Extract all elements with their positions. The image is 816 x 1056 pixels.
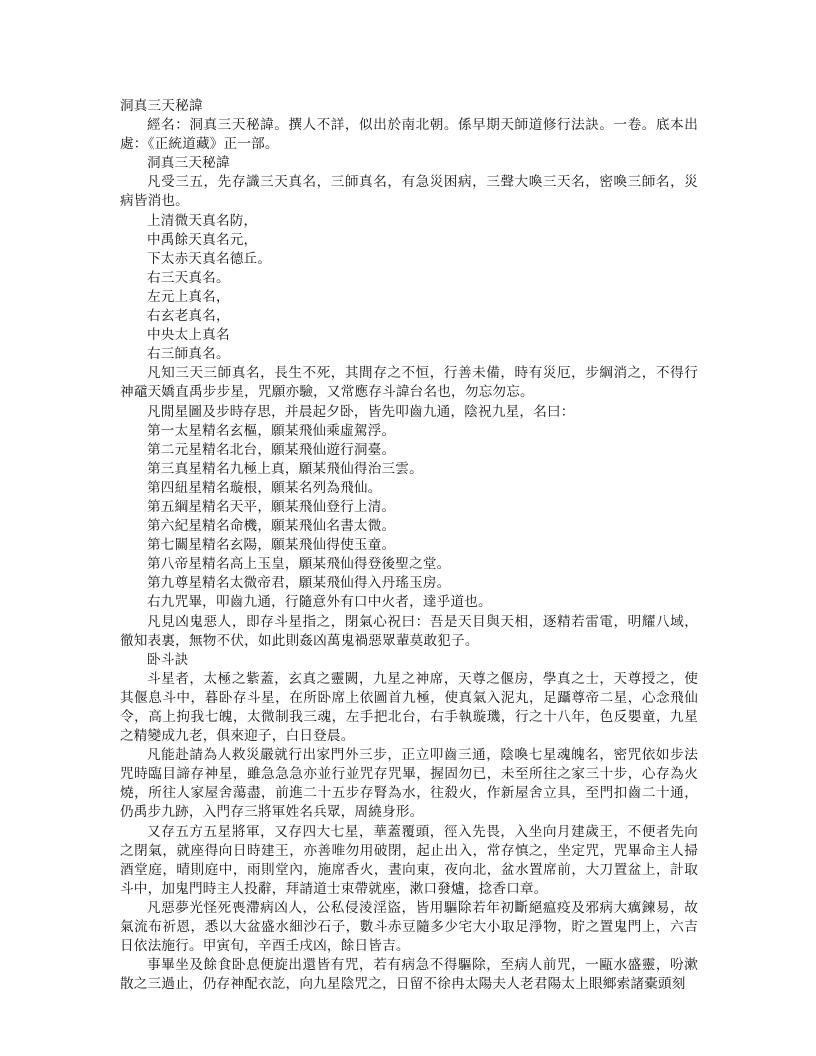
paragraph: 中央太上真名 [120, 326, 698, 345]
paragraph: 左元上真名， [120, 288, 698, 307]
paragraph: 凡見凶鬼惡人，即存斗星指之，閉氣心祝曰：吾是天目與天相，逐精若雷電，明耀八域，徹… [120, 613, 698, 651]
paragraph: 凡受三五，先存識三天真名，三師真名，有急災困病，三聲大喚三天名，密喚三師名，災病… [120, 173, 698, 211]
paragraph: 凡閒星圖及步時存思，并晨起夕卧，皆先叩齒九通，陰祝九星，名曰： [120, 403, 698, 422]
star-verse: 第六紀星精名命機，願某飛仙名書太微。 [120, 517, 698, 536]
paragraph: 凡能赴請為人救災嚴就行出家門外三步，正立叩齒三通，陰喚七星魂魄名，密咒依如步法咒… [120, 746, 698, 822]
star-verse: 第三真星精名九極上真，願某飛仙得治三雲。 [120, 460, 698, 479]
paragraph: 右三師真名。 [120, 345, 698, 364]
paragraph: 又存五方五星將軍，又存四大七星，華蓋覆頭，徑入先畏，入坐向月建歲王，不便者先向之… [120, 823, 698, 899]
star-verse: 第四紐星精名璇根，願某名列為飛仙。 [120, 479, 698, 498]
paragraph: 右玄老真名， [120, 307, 698, 326]
paragraph: 事畢坐及餘食卧息便旋出還皆有咒，若有病急不得驅除，至病人前咒，一甌水盛靈，吩漱散… [120, 956, 698, 994]
star-verse: 第九尊星精名太微帝君，願某飛仙得入丹瑤玉房。 [120, 574, 698, 593]
paragraph-heading: 洞真三天秘諱 [120, 154, 698, 173]
paragraph: 下太赤天真名德丘。 [120, 250, 698, 269]
paragraph: 上清微天真名防， [120, 212, 698, 231]
paragraph: 凡惡夢光怪死喪滯病凶人，公私侵淩淫盜，皆用驅除若年初斷絕瘟疫及邪病大癘鍊易，故氣… [120, 899, 698, 956]
star-verse: 第五綱星精名天平，願某飛仙登行上清。 [120, 498, 698, 517]
paragraph-scripture-info: 經名：洞真三天秘諱。撰人不詳，似出於南北朝。係早期天師道修行法訣。一卷。底本出處… [120, 116, 698, 154]
section-heading: 卧斗訣 [120, 651, 698, 670]
document-page: 洞真三天秘諱 經名：洞真三天秘諱。撰人不詳，似出於南北朝。係早期天師道修行法訣。… [120, 97, 698, 994]
star-verse: 第二元星精名北台，願某飛仙遊行洞臺。 [120, 441, 698, 460]
document-title: 洞真三天秘諱 [120, 97, 698, 116]
paragraph: 凡知三天三師真名，長生不死，其間存之不恒，行善未備，時有災厄，步綱消之，不得行神… [120, 364, 698, 402]
star-verse: 第一太星精名玄樞，願某飛仙乘虛駕浮。 [120, 422, 698, 441]
paragraph: 右九咒畢，叩齒九通，行隨意外有口中火者，達乎道也。 [120, 593, 698, 612]
paragraph: 斗星者，太極之紫蓋，玄真之靈闕，九星之神席，天尊之偃房，學真之士，天尊授之，使其… [120, 670, 698, 746]
paragraph: 中禹餘天真名元， [120, 231, 698, 250]
paragraph: 右三天真名。 [120, 269, 698, 288]
star-verse: 第七關星精名玄陽，願某飛仙得使玉童。 [120, 536, 698, 555]
star-verse: 第八帝星精名高上玉皇，願某飛仙得登後聖之堂。 [120, 555, 698, 574]
